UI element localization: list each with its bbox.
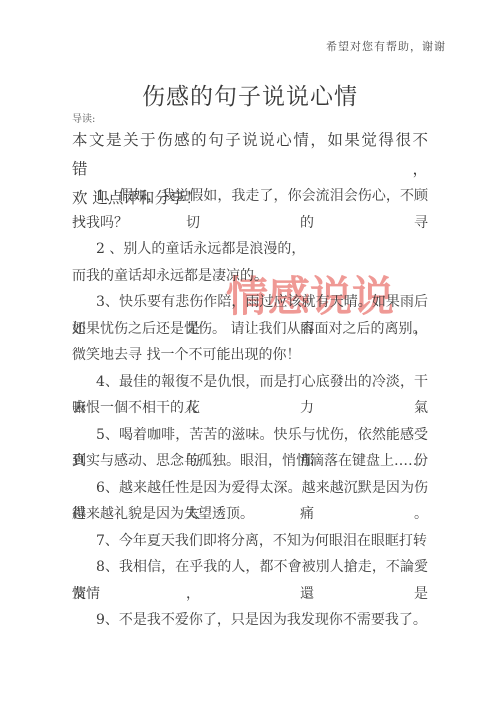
sentence-line: 3、快乐要有悲伤作陪，雨过应该就有天晴。如果雨后还是雨， [72,289,428,316]
sentence-line: 而我的童话却永远都是凄凉的。 [72,263,428,290]
sentence-line: 6、越来越任性是因为爱得太深。越来越沉默是因为伤得太痛。 [72,475,428,502]
sentence-line: 微笑地去寻 找一个不可能出现的你！ [72,342,428,369]
sentence-line: 如果忧伤之后还是忧伤。 请让我们从容面对之后的离别。 [72,316,428,343]
sentence-line: 5、喝着咖啡，苦苦的滋味。快乐与忧伤，依然能感受到的那份 [72,422,428,449]
sentence-line: 9、不是我不爱你了，只是因为我发现你不需要我了。 [72,607,428,634]
lead-label: 导读: [72,110,95,125]
sentence-line: 2 、别人的童话永远都是浪漫的， [72,236,428,263]
sentence-line: 8、我相信，在乎我的人，都不會被別人搶走，不論愛情，還是 [72,554,428,581]
sentence-line: 真实与感动、思念与孤独。眼泪，悄悄滴落在键盘上…… [72,448,428,475]
page-title: 伤感的句子说说心情 [0,78,500,111]
intro-line: 本文是关于伤感的句子说说心情，如果觉得很不错， [72,126,428,184]
sentence-line: 4、最佳的報復不是仇恨，而是打心底發出的冷淡，干嘛花力氣 [72,369,428,396]
document-body: 1、假如，我说假如，我走了，你会流泪会伤心，不顾一切的寻 找我吗？ 2 、别人的… [72,183,428,634]
sentence-line: 1、假如，我说假如，我走了，你会流泪会伤心，不顾一切的寻 [72,183,428,210]
document-page: 希望对您有帮助，谢谢 伤感的句子说说心情 导读: 本文是关于伤感的句子说说心情，… [0,0,500,708]
sentence-line: 7、今年夏天我们即将分离，不知为何眼泪在眼眶打转 [72,528,428,555]
header-note: 希望对您有帮助，谢谢 [326,38,446,54]
